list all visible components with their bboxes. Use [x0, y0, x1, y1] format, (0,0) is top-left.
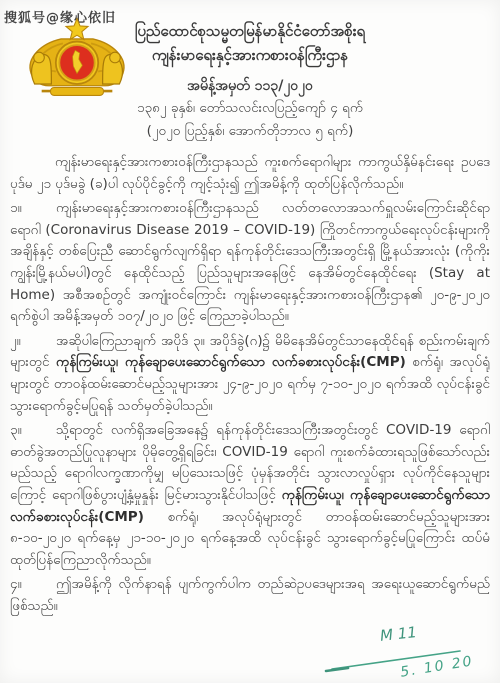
handwritten-annotation: M 11 5. 10 20 [318, 625, 478, 683]
paragraph-number: ၃။ [10, 420, 30, 442]
paragraph-text-bold: ကုန်ကြမ်းယူ၊ ကုန်ချောပေးဆောင်ရွက်သော လက်… [56, 354, 406, 370]
body-paragraphs: ကျန်းမာရေးနှင့်အားကစားဝန်ကြီးဌာနသည် ကူးစ… [10, 152, 490, 617]
paragraph: ၄။ဤအမိန့်ကို လိုက်နာရန် ပျက်ကွက်ပါက တည်ဆ… [10, 574, 490, 617]
paragraph-number: ၂။ [10, 331, 30, 353]
document-page: 搜狐号@缘心依旧 ပြည်ထောင်စုသမ [0, 0, 500, 683]
paragraph-text: ကျန်းမာရေးနှင့်အားကစားဝန်ကြီးဌာနသည် ကူးစ… [10, 154, 490, 192]
paragraph-number: ၄။ [10, 574, 30, 596]
paragraph: ၃။သို့ရာတွင် လက်ရှိအခြေအနေ၌ ရန်ကုန်တိုင်… [10, 420, 490, 571]
paragraph: ကျန်းမာရေးနှင့်အားကစားဝန်ကြီးဌာနသည် ကူးစ… [10, 152, 490, 195]
paragraph-text: ဤအမိန့်ကို လိုက်နာရန် ပျက်ကွက်ပါက တည်ဆဲဥ… [10, 576, 490, 614]
myanmar-state-seal-icon [24, 16, 130, 106]
paragraph: ၁။ကျန်းမာရေးနှင့်အားကစားဝန်ကြီးဌာနသည် လတ… [10, 198, 490, 328]
paragraph-number: ၁။ [10, 198, 30, 220]
paragraph: ၂။အဆိုပါကြေညာချက် အပိုဒ် ၃။ အပိုဒ်ခွဲ(ဂ)… [10, 331, 490, 417]
paragraph-text: ကျန်းမာရေးနှင့်အားကစားဝန်ကြီးဌာနသည် လတ်တ… [10, 200, 490, 324]
handwritten-code: M 11 [379, 623, 417, 645]
date-gregorian: (၂၀၂၀ ပြည့်နှစ်၊ အောက်တိုဘာလ ၅ ရက်) [0, 125, 500, 139]
